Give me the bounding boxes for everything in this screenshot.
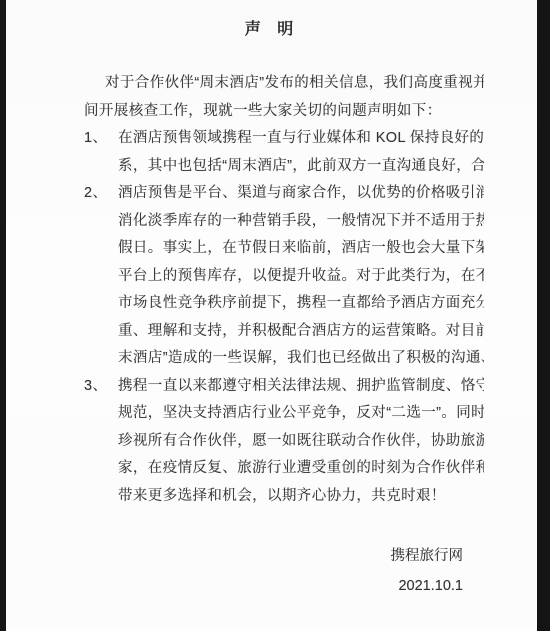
list-item-line: 市场良性竞争秩序前提下，携程一直都给予酒店方面充分的尊: [118, 290, 484, 318]
list-item-line: 家，在疫情反复、旅游行业遭受重创的时刻为合作伙伴和商家: [118, 455, 484, 483]
intro-line: 对于合作伙伴“周末酒店”发布的相关信息，我们高度重视并第一时: [84, 70, 484, 98]
list-item-line: 珍视所有合作伙伴，愿一如既往联动合作伙伴，协助旅游业商: [118, 428, 484, 456]
list-item-line: 规范，坚决支持酒店行业公平竞争，反对“二选一”。同时，携程: [118, 400, 484, 428]
statement-document-page: 声 明 对于合作伙伴“周末酒店”发布的相关信息，我们高度重视并第一时 间开展核查…: [0, 0, 550, 631]
date: 2021.10.1: [391, 571, 464, 601]
list-item-line: 酒店预售是平台、渠道与商家合作，以优势的价格吸引消费者，: [118, 180, 484, 208]
list-item-line: 在酒店预售领域携程一直与行业媒体和 KOL 保持良好的合作关: [118, 125, 484, 153]
list-item-number: 2、: [84, 180, 107, 208]
list-item-3: 3、 携程一直以来都遵守相关法律法规、拥护监管制度、恪守行业 规范，坚决支持酒店…: [84, 373, 484, 511]
list-item-line: 重、理解和支持，并积极配合酒店方的运营策略。对目前与“周: [118, 318, 484, 346]
photo-right-edge-shadow: [537, 0, 550, 631]
list-item-line: 带来更多选择和机会，以期齐心协力，共克时艰！: [118, 483, 484, 511]
list-item-line: 携程一直以来都遵守相关法律法规、拥护监管制度、恪守行业: [118, 373, 484, 401]
list-item-line: 消化淡季库存的一种营销手段，一般情况下并不适用于热门节: [118, 208, 484, 236]
list-item-1: 1、 在酒店预售领域携程一直与行业媒体和 KOL 保持良好的合作关 系，其中也包…: [84, 125, 484, 180]
list-item-number: 1、: [84, 125, 107, 153]
list-item-line: 末酒店”造成的一些误解，我们也已经做出了积极的沟通、解释。: [118, 345, 484, 373]
list-item-line: 假日。事实上，在节假日来临前，酒店一般也会大量下架携程: [118, 235, 484, 263]
intro-line: 间开展核查工作，现就一些大家关切的问题声明如下：: [84, 98, 484, 126]
statement-title: 声 明: [0, 16, 540, 39]
signature: 携程旅行网: [391, 541, 464, 571]
list-item-number: 3、: [84, 373, 107, 401]
signature-block: 携程旅行网 2021.10.1: [391, 541, 464, 601]
list-item-line: 平台上的预售库存，以便提升收益。对于此类行为，在不违反: [118, 263, 484, 291]
list-item-line: 系，其中也包括“周末酒店”，此前双方一直沟通良好，合作顺畅。: [118, 153, 484, 181]
list-item-2: 2、 酒店预售是平台、渠道与商家合作，以优势的价格吸引消费者， 消化淡季库存的一…: [84, 180, 484, 373]
statement-body: 对于合作伙伴“周末酒店”发布的相关信息，我们高度重视并第一时 间开展核查工作，现…: [84, 70, 484, 510]
photo-left-edge-shadow: [0, 0, 6, 631]
